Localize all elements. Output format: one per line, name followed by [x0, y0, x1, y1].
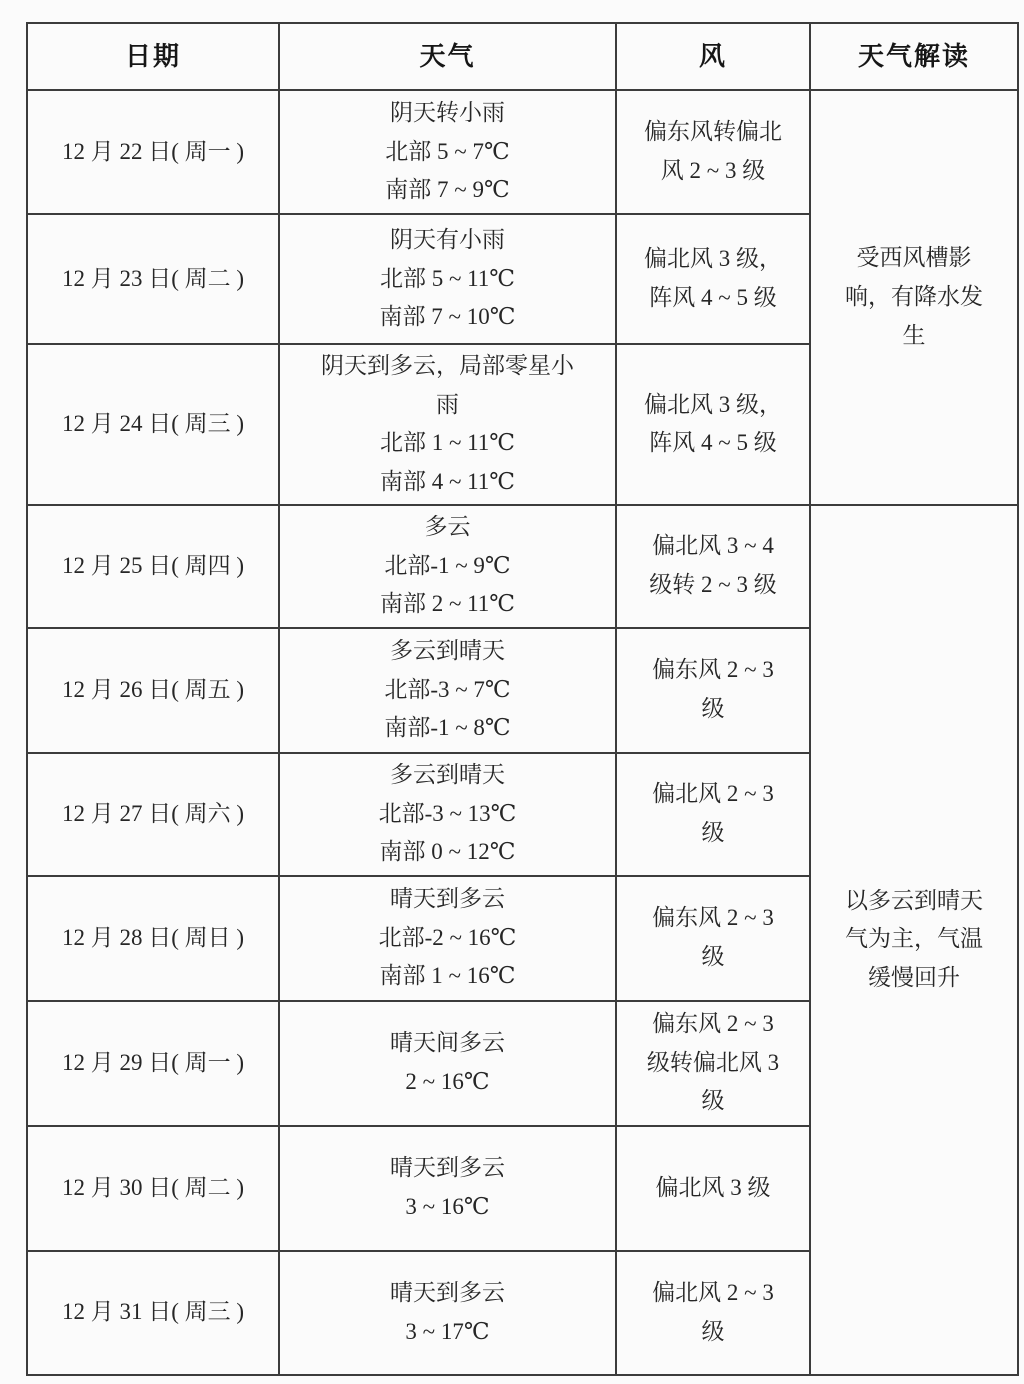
- wind-cell: 偏北风 2 ~ 3 级: [616, 753, 810, 876]
- weather-forecast-table: 日期 天气 风 天气解读 12 月 22 日( 周一 ) 阴天转小雨 北部 5 …: [26, 22, 1019, 1376]
- weather-cell: 阴天有小雨 北部 5 ~ 11℃ 南部 7 ~ 10℃: [279, 214, 616, 344]
- wind-cell: 偏东风转偏北 风 2 ~ 3 级: [616, 90, 810, 214]
- weather-cell: 多云 北部-1 ~ 9℃ 南部 2 ~ 11℃: [279, 505, 616, 628]
- date-cell: 12 月 25 日( 周四 ): [27, 505, 279, 628]
- date-cell: 12 月 27 日( 周六 ): [27, 753, 279, 876]
- weather-cell: 多云到晴天 北部-3 ~ 13℃ 南部 0 ~ 12℃: [279, 753, 616, 876]
- wind-cell: 偏北风 3 ~ 4 级转 2 ~ 3 级: [616, 505, 810, 628]
- weather-cell: 阴天到多云，局部零星小 雨 北部 1 ~ 11℃ 南部 4 ~ 11℃: [279, 344, 616, 505]
- date-cell: 12 月 28 日( 周日 ): [27, 876, 279, 1001]
- document-page: 日期 天气 风 天气解读 12 月 22 日( 周一 ) 阴天转小雨 北部 5 …: [0, 0, 1024, 1384]
- weather-cell: 晴天到多云 3 ~ 16℃: [279, 1126, 616, 1251]
- weather-cell: 多云到晴天 北部-3 ~ 7℃ 南部-1 ~ 8℃: [279, 628, 616, 753]
- interpretation-cell: 以多云到晴天 气为主，气温 缓慢回升: [810, 505, 1018, 1375]
- wind-cell: 偏北风 3 级: [616, 1126, 810, 1251]
- wind-cell: 偏东风 2 ~ 3 级转偏北风 3 级: [616, 1001, 810, 1126]
- interpretation-cell: 受西风槽影 响，有降水发 生: [810, 90, 1018, 505]
- weather-cell: 晴天间多云 2 ~ 16℃: [279, 1001, 616, 1126]
- header-interpretation: 天气解读: [810, 23, 1018, 90]
- date-cell: 12 月 26 日( 周五 ): [27, 628, 279, 753]
- header-row: 日期 天气 风 天气解读: [27, 23, 1018, 90]
- header-weather: 天气: [279, 23, 616, 90]
- table-row: 12 月 25 日( 周四 ) 多云 北部-1 ~ 9℃ 南部 2 ~ 11℃ …: [27, 505, 1018, 628]
- wind-cell: 偏东风 2 ~ 3 级: [616, 628, 810, 753]
- date-cell: 12 月 29 日( 周一 ): [27, 1001, 279, 1126]
- weather-cell: 阴天转小雨 北部 5 ~ 7℃ 南部 7 ~ 9℃: [279, 90, 616, 214]
- wind-cell: 偏北风 3 级， 阵风 4 ~ 5 级: [616, 344, 810, 505]
- wind-cell: 偏北风 2 ~ 3 级: [616, 1251, 810, 1375]
- date-cell: 12 月 22 日( 周一 ): [27, 90, 279, 214]
- weather-cell: 晴天到多云 3 ~ 17℃: [279, 1251, 616, 1375]
- date-cell: 12 月 23 日( 周二 ): [27, 214, 279, 344]
- header-date: 日期: [27, 23, 279, 90]
- table-row: 12 月 22 日( 周一 ) 阴天转小雨 北部 5 ~ 7℃ 南部 7 ~ 9…: [27, 90, 1018, 214]
- date-cell: 12 月 30 日( 周二 ): [27, 1126, 279, 1251]
- weather-cell: 晴天到多云 北部-2 ~ 16℃ 南部 1 ~ 16℃: [279, 876, 616, 1001]
- wind-cell: 偏东风 2 ~ 3 级: [616, 876, 810, 1001]
- date-cell: 12 月 24 日( 周三 ): [27, 344, 279, 505]
- date-cell: 12 月 31 日( 周三 ): [27, 1251, 279, 1375]
- header-wind: 风: [616, 23, 810, 90]
- wind-cell: 偏北风 3 级， 阵风 4 ~ 5 级: [616, 214, 810, 344]
